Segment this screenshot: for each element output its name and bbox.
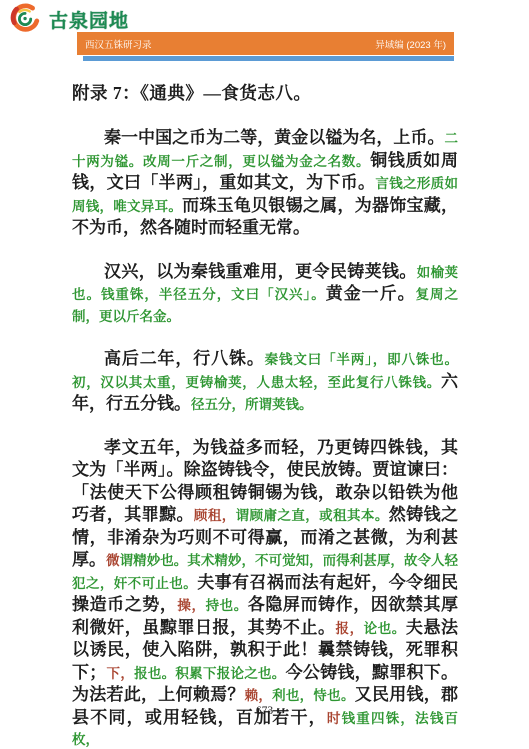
header-bar: 西汉五铢研习录 异域编 (2023 年) xyxy=(77,32,454,55)
header-left-title: 西汉五铢研习录 xyxy=(85,37,152,51)
appendix-title: 附录 7：《通典》—食货志八。 xyxy=(72,80,458,105)
annotation-run: 持也。 xyxy=(206,598,248,613)
annotation-run: 论也。 xyxy=(364,621,406,636)
page-number: 673 xyxy=(0,705,529,717)
gloss-term-run: 下， xyxy=(106,666,134,681)
swirl-coin-icon xyxy=(6,3,46,35)
site-logo[interactable]: 古泉园地 xyxy=(6,3,129,35)
paragraph-container: 秦一中国之币为二等，黄金以镒为名，上币。二十两为镒。改周一斤之制，更以镒为金之名… xyxy=(72,127,458,749)
annotation-run: 报也。积累下报论之也。 xyxy=(134,666,285,681)
main-text-run: 汉兴，以为秦钱重难用，更令民铸荚钱。 xyxy=(104,262,417,281)
logo-text: 古泉园地 xyxy=(49,6,129,33)
gloss-term-run: 顾租， xyxy=(194,508,236,523)
annotation-run: 利也，恃也。 xyxy=(272,688,355,703)
paragraph: 高后二年，行八铢。秦钱文曰「半两」，即八铢也。初，汉以其太重，更铸榆荚，人患太轻… xyxy=(72,348,458,416)
paragraph: 孝文五年，为钱益多而轻，乃更铸四铢钱，其文为「半两」。除盗铸钱令，使民放铸。贾谊… xyxy=(72,437,458,749)
annotation-run: 谓顾庸之直，或租其本。 xyxy=(236,508,389,523)
gloss-term-run: 报， xyxy=(336,621,364,636)
paragraph: 秦一中国之币为二等，黄金以镒为名，上币。二十两为镒。改周一斤之制，更以镒为金之名… xyxy=(72,127,458,240)
page: 古泉园地 西汉五铢研习录 异域编 (2023 年) 附录 7：《通典》—食货志八… xyxy=(0,0,529,749)
gloss-term-run: 微 xyxy=(106,553,120,568)
gloss-term-run: 操， xyxy=(177,598,205,613)
main-text-run: 秦一中国之币为二等，黄金以镒为名，上币。 xyxy=(104,128,445,147)
main-text-run: 高后二年，行八铢。 xyxy=(104,349,265,368)
header-right-title: 异域编 (2023 年) xyxy=(375,37,446,51)
header-underline xyxy=(83,56,454,61)
document-body: 附录 7：《通典》—食货志八。 秦一中国之币为二等，黄金以镒为名，上币。二十两为… xyxy=(72,80,458,749)
main-text-run: 黄金一斤。 xyxy=(326,284,416,303)
annotation-run: 径五分，所谓荚钱。 xyxy=(191,397,313,412)
paragraph: 汉兴，以为秦钱重难用，更令民铸荚钱。如榆荚也。钱重铢，半径五分，文曰「汉兴」。黄… xyxy=(72,261,458,328)
gloss-term-run: 赖， xyxy=(245,688,273,703)
